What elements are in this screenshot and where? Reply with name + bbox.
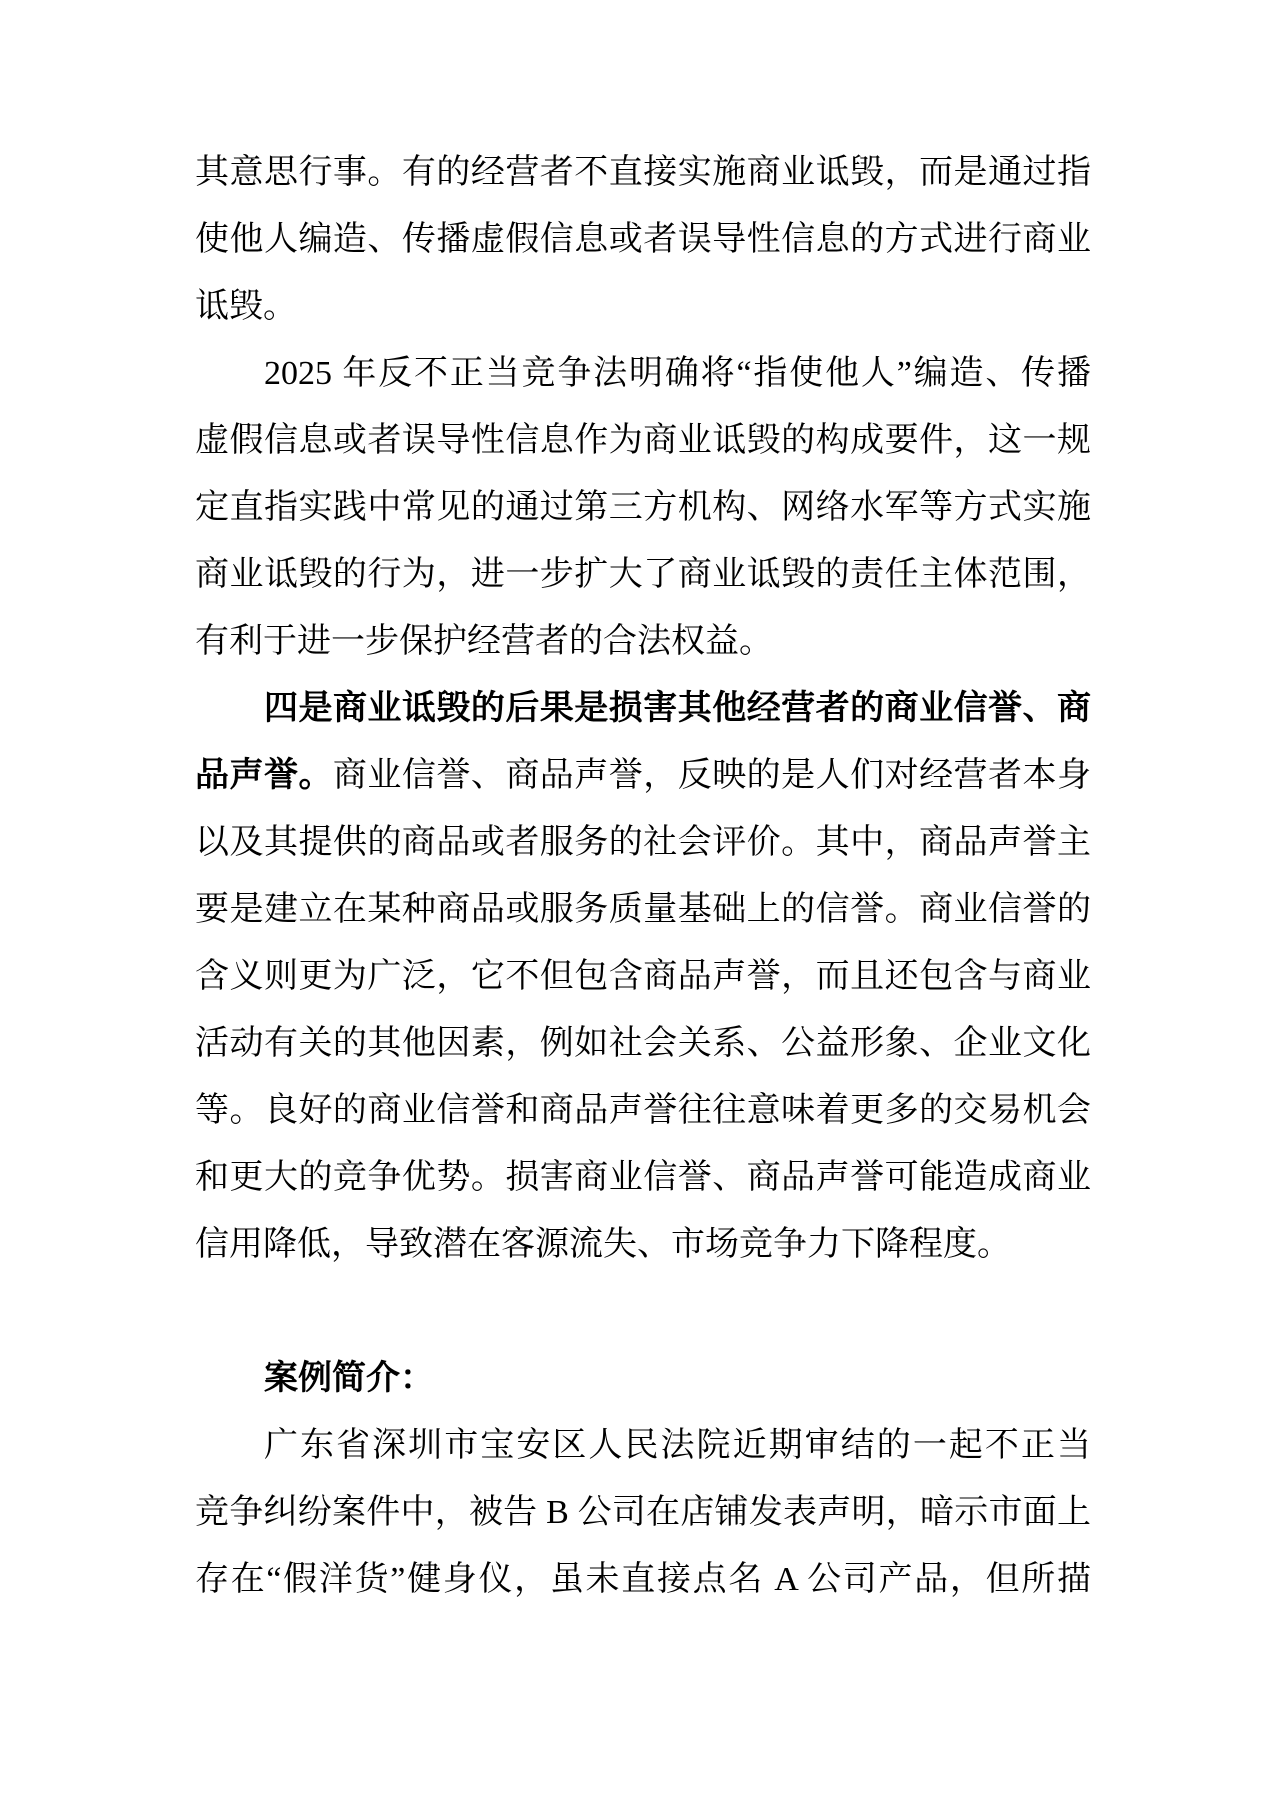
- body-line-1: 其意思行事。有的经营者不直接实施商业诋毁，而是通过指: [195, 139, 1091, 206]
- body-text: 等。良好的商业信誉和商品声誉往往意味着更多的交易机会: [195, 1092, 1091, 1129]
- body-text: 有利于进一步保护经营者的合法权益。: [195, 623, 773, 660]
- body-line-4: 2025 年反不正当竞争法明确将“指使他人”编造、传播: [195, 340, 1091, 407]
- body-text: 商业诋毁的行为，进一步扩大了商业诋毁的责任主体范围，: [195, 556, 1091, 593]
- body-text: 其意思行事。有的经营者不直接实施商业诋毁，而是通过指: [195, 154, 1091, 191]
- body-line-17: 信用降低，导致潜在客源流失、市场竞争力下降程度。: [195, 1211, 1091, 1278]
- body-line-5: 虚假信息或者误导性信息作为商业诋毁的构成要件，这一规: [195, 407, 1091, 474]
- body-line-22: 存在“假洋货”健身仪，虽未直接点名 A 公司产品，但所描: [195, 1546, 1091, 1613]
- emphasis-text: 四是商业诋毁的后果是损害其他经营者的商业信誉、商: [264, 689, 1091, 727]
- body-line-6: 定直指实践中常见的通过第三方机构、网络水军等方式实施: [195, 474, 1091, 541]
- body-text: 使他人编造、传播虚假信息或者误导性信息的方式进行商业: [195, 221, 1091, 258]
- body-line-11: 以及其提供的商品或者服务的社会评价。其中，商品声誉主: [195, 809, 1091, 876]
- body-line-20: 广东省深圳市宝安区人民法院近期审结的一起不正当: [195, 1412, 1091, 1479]
- case-intro-heading: 案例简介：: [195, 1345, 1091, 1412]
- body-text: 虚假信息或者误导性信息作为商业诋毁的构成要件，这一规: [195, 422, 1091, 459]
- document-text: 其意思行事。有的经营者不直接实施商业诋毁，而是通过指使他人编造、传播虚假信息或者…: [195, 139, 1091, 1613]
- body-line-15: 等。良好的商业信誉和商品声誉往往意味着更多的交易机会: [195, 1077, 1091, 1144]
- body-line-2: 使他人编造、传播虚假信息或者误导性信息的方式进行商业: [195, 206, 1091, 273]
- body-line-10: 品声誉。商业信誉、商品声誉，反映的是人们对经营者本身: [195, 742, 1091, 809]
- body-text: 存在“假洋货”健身仪，虽未直接点名 A 公司产品，但所描: [195, 1561, 1091, 1598]
- body-text: 活动有关的其他因素，例如社会关系、公益形象、企业文化: [195, 1025, 1091, 1062]
- emphasis-text: 案例简介：: [264, 1359, 434, 1397]
- document-page: 其意思行事。有的经营者不直接实施商业诋毁，而是通过指使他人编造、传播虚假信息或者…: [0, 0, 1280, 1810]
- body-text: 信用降低，导致潜在客源流失、市场竞争力下降程度。: [195, 1226, 1011, 1263]
- body-line-13: 含义则更为广泛，它不但包含商品声誉，而且还包含与商业: [195, 943, 1091, 1010]
- body-line-14: 活动有关的其他因素，例如社会关系、公益形象、企业文化: [195, 1010, 1091, 1077]
- body-text: 商业信誉、商品声誉，反映的是人们对经营者本身: [333, 757, 1091, 794]
- body-text: 以及其提供的商品或者服务的社会评价。其中，商品声誉主: [195, 824, 1091, 861]
- body-line-12: 要是建立在某种商品或服务质量基础上的信誉。商业信誉的: [195, 876, 1091, 943]
- body-text: 含义则更为广泛，它不但包含商品声誉，而且还包含与商业: [195, 958, 1091, 995]
- body-line-8: 有利于进一步保护经营者的合法权益。: [195, 608, 1091, 675]
- body-line-21: 竞争纠纷案件中，被告 B 公司在店铺发表声明，暗示市面上: [195, 1479, 1091, 1546]
- body-line-3: 诋毁。: [195, 273, 1091, 340]
- body-text: 和更大的竞争优势。损害商业信誉、商品声誉可能造成商业: [195, 1159, 1091, 1196]
- emphasis-text: 品声誉。: [195, 756, 333, 794]
- body-text: 诋毁。: [195, 288, 297, 325]
- blank-line: [195, 1278, 1091, 1345]
- body-line-9: 四是商业诋毁的后果是损害其他经营者的商业信誉、商: [195, 675, 1091, 742]
- body-text: 广东省深圳市宝安区人民法院近期审结的一起不正当: [264, 1427, 1091, 1464]
- body-text: 要是建立在某种商品或服务质量基础上的信誉。商业信誉的: [195, 891, 1091, 928]
- body-text: 2025 年反不正当竞争法明确将“指使他人”编造、传播: [264, 355, 1091, 392]
- body-line-16: 和更大的竞争优势。损害商业信誉、商品声誉可能造成商业: [195, 1144, 1091, 1211]
- body-text: 定直指实践中常见的通过第三方机构、网络水军等方式实施: [195, 489, 1091, 526]
- body-text: 竞争纠纷案件中，被告 B 公司在店铺发表声明，暗示市面上: [195, 1494, 1091, 1531]
- body-line-7: 商业诋毁的行为，进一步扩大了商业诋毁的责任主体范围，: [195, 541, 1091, 608]
